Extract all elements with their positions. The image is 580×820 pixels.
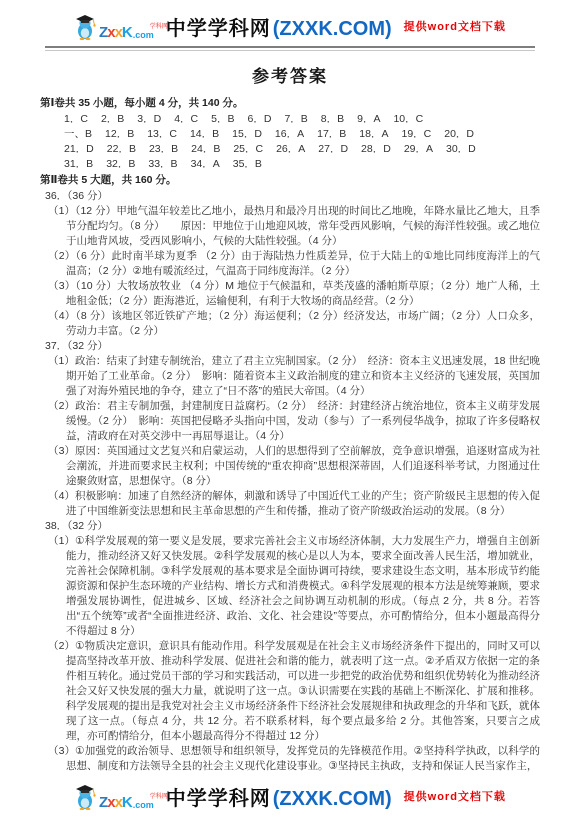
document-content: 第Ⅰ卷共 35 小题，每小题 4 分，共 140 分。 1．C2．B3．D4．C… — [40, 96, 540, 774]
answer-cell: 14．B — [190, 127, 219, 142]
site-title: 中学学科网(ZXXK.COM) — [166, 12, 392, 41]
site-title: 中学学科网(ZXXK.COM) — [166, 782, 392, 811]
question-number: 38．（32 分） — [45, 519, 540, 534]
logo-badge-text: 学科网 — [150, 24, 168, 30]
word-download-tagline: 提供word文档下载 — [404, 18, 506, 34]
answer-cell: 31．B — [64, 157, 93, 172]
answer-paragraph: （3）①加强党的政治领导、思想领导和组织领导，发挥党员的先锋模范作用。②坚持科学… — [40, 744, 540, 774]
answer-paragraph: （4）积极影响：加速了自然经济的解体，刺激和诱导了中国近代工业的产生；资产阶级民… — [40, 489, 540, 519]
answer-paragraph: （1）①科学发展观的第一要义是发展，要求完善社会主义市场经济体制，大力发展生产力… — [40, 534, 540, 639]
answer-paragraph: （3）原因：英国通过文艺复兴和启蒙运动，人们的思想得到了空前解放，竞争意识增强，… — [40, 444, 540, 489]
logo-word: ZxxK.com — [99, 795, 154, 810]
logo-badge-text: 学科网 — [150, 794, 168, 800]
footer-brandbar: ZxxK.com 学科网 中学学科网(ZXXK.COM) 提供word文档下载 — [0, 779, 580, 813]
word-download-tagline: 提供word文档下载 — [404, 788, 506, 804]
answer-cell: 17．B — [317, 127, 346, 142]
logo-letter: Z — [99, 24, 107, 41]
answer-cell: 23．B — [149, 142, 178, 157]
answer-cell: 32．B — [106, 157, 135, 172]
answer-rows: 1．C2．B3．D4．C5．B6．D7．B8．B9．A10．C一、B12．B13… — [64, 112, 540, 172]
answer-cell: 21．D — [64, 142, 94, 157]
answer-cell: 8．B — [321, 112, 344, 127]
answer-cell: 2．B — [101, 112, 124, 127]
zxxk-logo-footer: ZxxK.com 学科网 — [74, 782, 154, 810]
answer-cell: 12．B — [105, 127, 134, 142]
logo-word: ZxxK.com — [99, 25, 154, 40]
answer-row: 21．D22．B23．B24．B25．C26．A27．D28．D29．A30．D — [64, 142, 540, 157]
question-number: 37．（32 分） — [45, 339, 540, 354]
answer-cell: 25．C — [233, 142, 263, 157]
answer-cell: 28．D — [361, 142, 391, 157]
answer-paragraph: （2）（6 分）此时南半球为夏季 （2 分）由于海陆热力性质差异，位于大陆上的①… — [40, 249, 540, 279]
answer-cell: 9．A — [357, 112, 380, 127]
answer-cell: 15．D — [232, 127, 262, 142]
logo-letter: K — [122, 794, 132, 811]
question-number: 36．（36 分） — [45, 189, 540, 204]
logo-letter: Z — [99, 794, 107, 811]
site-domain: (ZXXK.COM) — [273, 18, 392, 40]
answer-cell: 10．C — [393, 112, 423, 127]
questions: 36．（36 分）（1）（12 分）甲地气温年较差比乙地小，最热月和最冷月出现的… — [40, 189, 540, 774]
answer-cell: 13．C — [147, 127, 177, 142]
header-brandbar: ZxxK.com 学科网 中学学科网(ZXXK.COM) 提供word文档下载 — [0, 0, 580, 43]
answer-cell: 7．B — [284, 112, 307, 127]
answer-cell: 29．A — [404, 142, 433, 157]
answer-cell: 16．A — [275, 127, 304, 142]
page-title: 参考答案 — [0, 62, 580, 87]
answer-row: 一、B12．B13．C14．B15．D16．A17．B18．A19．C20．D — [64, 127, 540, 142]
answer-cell: 22．B — [107, 142, 136, 157]
logo-com-label: .com — [133, 30, 154, 40]
logo-letter: K — [122, 24, 132, 41]
answer-paragraph: （1）政治：结束了封建专制统治，建立了君主立宪制国家。（2 分） 经济：资本主义… — [40, 354, 540, 399]
answer-cell: 6．D — [248, 112, 272, 127]
answer-cell: 19．C — [401, 127, 431, 142]
answer-paragraph: （2）①物质决定意识，意识具有能动作用。科学发展观是在社会主义市场经济条件下提出… — [40, 639, 540, 744]
mascot-graduate-icon — [74, 782, 98, 810]
logo-com-label: .com — [133, 800, 154, 810]
answer-cell: 34．A — [191, 157, 220, 172]
answer-paragraph: （1）（12 分）甲地气温年较差比乙地小，最热月和最冷月出现的时间比乙地晚，年降… — [40, 204, 540, 249]
answer-row: 1．C2．B3．D4．C5．B6．D7．B8．B9．A10．C — [64, 112, 540, 127]
answer-cell: 一、B — [64, 127, 92, 142]
header-divider — [45, 46, 535, 51]
answer-cell: 20．D — [444, 127, 474, 142]
answer-cell: 18．A — [359, 127, 388, 142]
answer-paragraph: （2）政治：君主专制加强，封建制度日益腐朽。（2 分） 经济：封建经济占统治地位… — [40, 399, 540, 444]
answer-cell: 3．D — [137, 112, 161, 127]
site-domain: (ZXXK.COM) — [273, 788, 392, 810]
site-name: 中学学科网 — [166, 18, 271, 40]
answer-cell: 5．B — [211, 112, 234, 127]
answer-cell: 30．D — [446, 142, 476, 157]
answer-cell: 4．C — [174, 112, 198, 127]
answer-cell: 24．B — [191, 142, 220, 157]
answer-cell: 35．B — [233, 157, 262, 172]
logo-letter: x — [115, 794, 122, 811]
answer-cell: 27．D — [318, 142, 348, 157]
answer-row: 31．B32．B33．B34．A35．B — [64, 157, 540, 172]
answer-cell: 1．C — [64, 112, 88, 127]
logo-letter: x — [115, 24, 122, 41]
question-block: 36．（36 分）（1）（12 分）甲地气温年较差比乙地小，最热月和最冷月出现的… — [40, 189, 540, 339]
answer-cell: 33．B — [148, 157, 177, 172]
answer-paragraph: （4）（8 分）该地区邻近铁矿产地；（2 分）海运便利；（2 分）经济发达，市场… — [40, 309, 540, 339]
answer-cell: 26．A — [276, 142, 305, 157]
mascot-graduate-icon — [74, 12, 98, 40]
part2-heading: 第Ⅱ卷共 5 大题，共 160 分。 — [40, 173, 540, 188]
logo-wordmark: ZxxK — [99, 25, 132, 40]
logo-wordmark: ZxxK — [99, 795, 132, 810]
question-block: 37．（32 分）（1）政治：结束了封建专制统治，建立了君主立宪制国家。（2 分… — [40, 339, 540, 519]
answer-paragraph: （3）（10 分）大牧场放牧业 （4 分）M 地位于气候温和，草类茂盛的潘帕斯草… — [40, 279, 540, 309]
scanned-answer-page: ZxxK.com 学科网 中学学科网(ZXXK.COM) 提供word文档下载 … — [0, 0, 580, 820]
logo-letter: x — [107, 24, 114, 41]
logo-letter: x — [107, 794, 114, 811]
site-name: 中学学科网 — [166, 788, 271, 810]
part1-heading: 第Ⅰ卷共 35 小题，每小题 4 分，共 140 分。 — [40, 96, 540, 111]
zxxk-logo: ZxxK.com 学科网 — [74, 12, 154, 40]
question-block: 38．（32 分）（1）①科学发展观的第一要义是发展，要求完善社会主义市场经济体… — [40, 519, 540, 774]
